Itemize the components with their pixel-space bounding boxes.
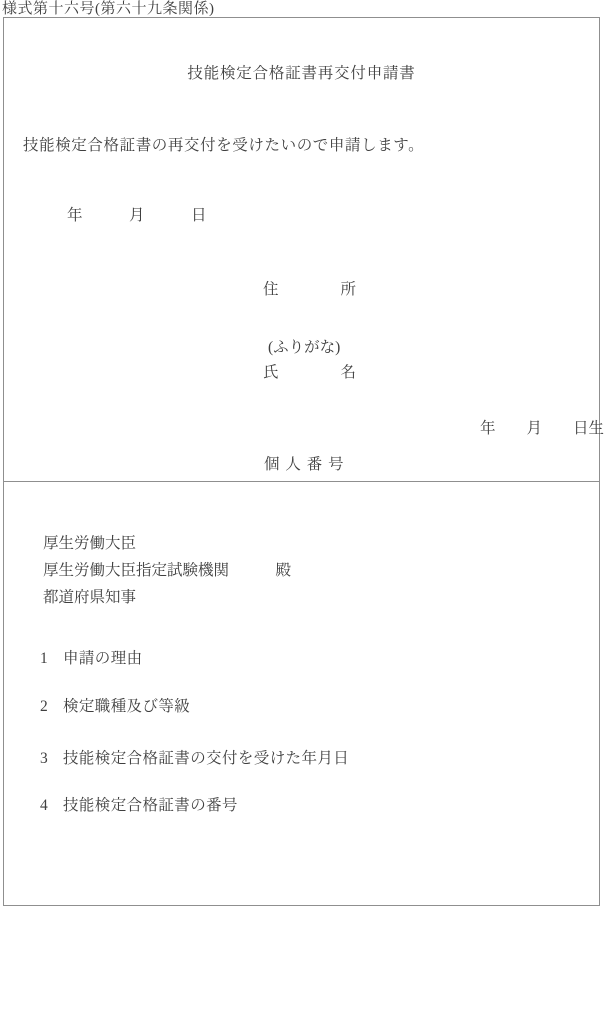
birthdate-label: 年 月 日生	[480, 420, 604, 439]
list-item-reason: 1 申請の理由	[40, 650, 143, 669]
addressee-list: 厚生労働大臣 厚生労働大臣指定試験機関 殿 都道府県知事	[43, 530, 291, 611]
personal-number-label: 個 人 番 号	[264, 456, 345, 475]
application-date-line: 年 月 日	[67, 207, 207, 226]
list-item-certificate-issue-date: 3 技能検定合格証書の交付を受けた年月日	[40, 750, 349, 769]
item-number: 3	[40, 750, 63, 769]
list-item-certificate-number: 4 技能検定合格証書の番号	[40, 797, 238, 816]
section-divider	[4, 481, 599, 482]
item-label: 技能検定合格証書の交付を受けた年月日	[63, 750, 349, 769]
item-number: 2	[40, 698, 63, 717]
addressee-minister: 厚生労働大臣	[43, 530, 291, 557]
form-title: 技能検定合格証書再交付申請書	[4, 65, 599, 84]
item-label: 検定職種及び等級	[63, 698, 190, 717]
item-label: 技能検定合格証書の番号	[63, 797, 238, 816]
item-label: 申請の理由	[63, 650, 143, 669]
list-item-trade-and-grade: 2 検定職種及び等級	[40, 698, 190, 717]
item-number: 4	[40, 797, 63, 816]
item-number: 1	[40, 650, 63, 669]
addressee-prefectural-governor: 都道府県知事	[43, 584, 291, 611]
form-page: 様式第十六号(第六十九条関係) 技能検定合格証書再交付申請書 技能検定合格証書の…	[0, 0, 607, 1011]
form-number-label: 様式第十六号(第六十九条関係)	[2, 0, 215, 18]
application-statement: 技能検定合格証書の再交付を受けたいので申請します。	[23, 137, 424, 156]
furigana-label: (ふりがな)	[268, 339, 340, 358]
addressee-designated-test-organization: 厚生労働大臣指定試験機関 殿	[43, 557, 291, 584]
address-label: 住 所	[263, 281, 356, 300]
form-outer-box: 技能検定合格証書再交付申請書 技能検定合格証書の再交付を受けたいので申請します。…	[3, 17, 600, 906]
name-label: 氏 名	[263, 364, 356, 383]
